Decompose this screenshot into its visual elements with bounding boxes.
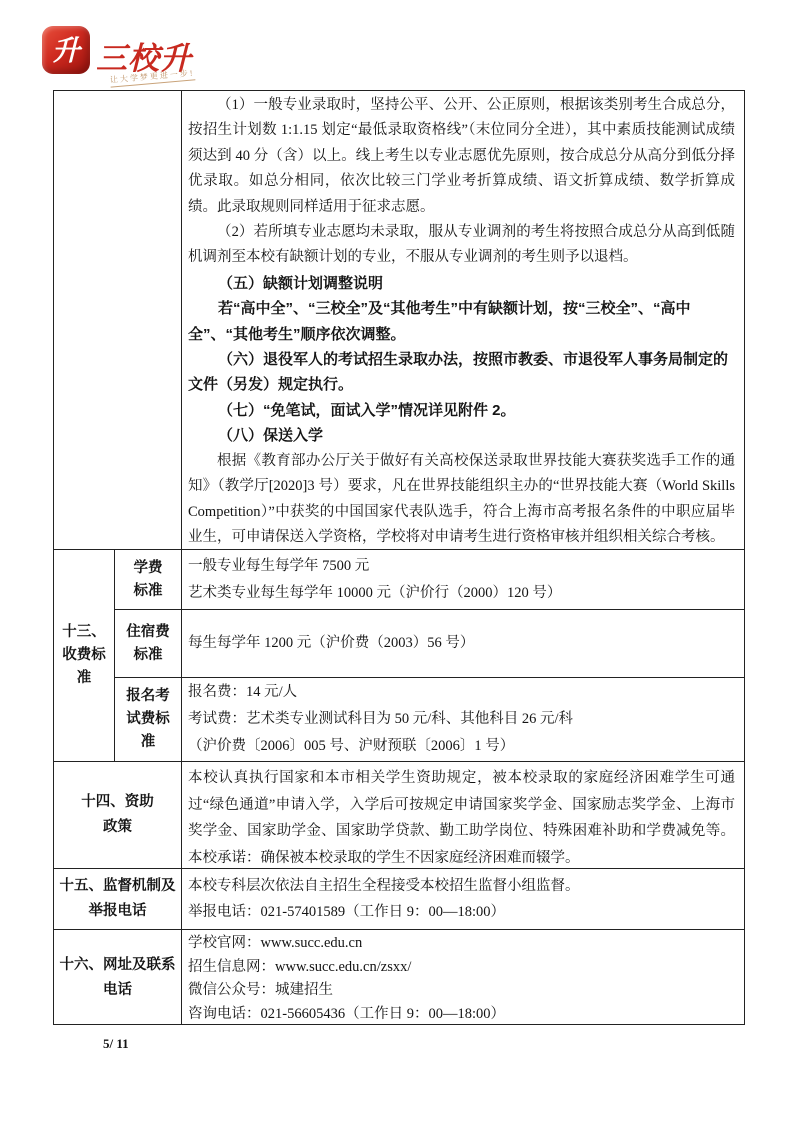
tuition-content: 一般专业每生每学年 7500 元 艺术类专业每生每学年 10000 元（沪价行（…	[181, 550, 744, 609]
fees-subrows: 学费 标准 一般专业每生每学年 7500 元 艺术类专业每生每学年 10000 …	[114, 550, 744, 761]
exam-fee-line-subjects: 考试费：艺术类专业测试科目为 50 元/科、其他科目 26 元/科	[188, 706, 736, 733]
contact-label-line: 十六、网址及联系	[60, 953, 176, 978]
subrow-dorm-fee: 住宿费 标准 每生每学年 1200 元（沪价费（2003）56 号）	[115, 609, 744, 677]
wechat-account-line: 微信公众号：城建招生	[188, 979, 735, 1003]
app-icon-glyph: 升	[52, 29, 80, 69]
paragraph-shortage-order: 若“高中全”、“三校全”及“其他考生”中有缺额计划，按“三校全”、“高中全”、“…	[188, 296, 735, 347]
supervision-line: 本校专科层次依法自主招生全程接受本校招生监督小组监督。	[188, 873, 735, 899]
dorm-label-line: 标准	[134, 644, 163, 667]
aid-label-line: 政策	[103, 815, 132, 840]
table-row-supervision: 十五、监督机制及 举报电话 本校专科层次依法自主招生全程接受本校招生监督小组监督…	[54, 868, 744, 929]
exam-fee-content: 报名费：14 元/人 考试费：艺术类专业测试科目为 50 元/科、其他科目 26…	[181, 678, 744, 761]
official-website-line: 学校官网：www.succ.edu.cn	[188, 932, 735, 956]
paragraph-interview-exempt: （七）“免笔试，面试入学”情况详见附件 2。	[188, 398, 735, 423]
paragraph-veterans: （六）退役军人的考试招生录取办法，按照市教委、市退役军人事务局制定的文件（另发）…	[188, 347, 735, 398]
paragraph-transfer-policy: （2）若所填专业志愿均未录取，服从专业调剂的考生将按照合成总分从高到低随机调剂至…	[188, 220, 735, 271]
brand-logo: 升 三校升 让大学梦更进一步!	[0, 0, 360, 100]
heading-shortage-plan: （五）缺额计划调整说明	[188, 271, 735, 296]
exam-label-line: 报名考	[126, 685, 170, 708]
admission-rules-content: （1）一般专业录取时，坚持公平、公开、公正原则，根据该类别考生合成总分，按招生计…	[181, 91, 744, 549]
fees-label-line: 准	[77, 667, 92, 690]
exam-fee-label: 报名考 试费标 准	[115, 678, 181, 761]
aid-content: 本校认真执行国家和本市相关学生资助规定，被本校录取的家庭经济困难学生可通过“绿色…	[181, 762, 744, 868]
dorm-label-line: 住宿费	[126, 621, 170, 644]
supervision-label-line: 十五、监督机制及	[60, 874, 176, 899]
page-number: 5/ 11	[103, 1036, 129, 1052]
tuition-line-general: 一般专业每生每学年 7500 元	[188, 553, 736, 580]
supervision-label-line: 举报电话	[89, 899, 147, 924]
subrow-exam-fee: 报名考 试费标 准 报名费：14 元/人 考试费：艺术类专业测试科目为 50 元…	[115, 677, 744, 761]
subrow-tuition: 学费 标准 一般专业每生每学年 7500 元 艺术类专业每生每学年 10000 …	[115, 550, 744, 609]
dorm-fee-line: 每生每学年 1200 元（沪价费（2003）56 号）	[188, 630, 736, 657]
table-row-fees: 十三、 收费标 准 学费 标准 一般专业每生每学年 7500 元 艺术类专业每生…	[54, 549, 744, 761]
paragraph-general-admission: （1）一般专业录取时，坚持公平、公开、公正原则，根据该类别考生合成总分，按招生计…	[188, 93, 735, 220]
dorm-fee-label: 住宿费 标准	[115, 610, 181, 677]
supervision-row-label: 十五、监督机制及 举报电话	[54, 869, 181, 929]
exam-fee-line-registration: 报名费：14 元/人	[188, 679, 736, 706]
contact-content: 学校官网：www.succ.edu.cn 招生信息网：www.succ.edu.…	[181, 930, 744, 1025]
report-phone-line: 举报电话：021-57401589（工作日 9：00—18:00）	[188, 899, 735, 925]
app-icon: 升	[42, 26, 90, 74]
fees-label-line: 收费标	[62, 644, 106, 667]
supervision-content: 本校专科层次依法自主招生全程接受本校招生监督小组监督。 举报电话：021-574…	[181, 869, 744, 929]
fees-row-label: 十三、 收费标 准	[54, 550, 114, 761]
aid-paragraph: 本校认真执行国家和本市相关学生资助规定，被本校录取的家庭经济困难学生可通过“绿色…	[188, 765, 735, 871]
table-row-financial-aid: 十四、资助 政策 本校认真执行国家和本市相关学生资助规定，被本校录取的家庭经济困…	[54, 761, 744, 868]
dorm-fee-content: 每生每学年 1200 元（沪价费（2003）56 号）	[181, 610, 744, 677]
inquiry-phone-line: 咨询电话：021-56605436（工作日 9：00—18:00）	[188, 1003, 735, 1027]
tuition-label: 学费 标准	[115, 550, 181, 609]
exam-label-line: 准	[141, 731, 156, 754]
aid-row-label: 十四、资助 政策	[54, 762, 181, 868]
admissions-info-table: （1）一般专业录取时，坚持公平、公开、公正原则，根据该类别考生合成总分，按招生计…	[53, 90, 745, 1025]
contact-label-line: 电话	[103, 978, 132, 1003]
admission-website-line: 招生信息网：www.succ.edu.cn/zsxx/	[188, 956, 735, 980]
exam-fee-line-reference: （沪价费〔2006〕005 号、沪财预联〔2006〕1 号）	[188, 733, 736, 760]
heading-recommended-admission: （八）保送入学	[188, 423, 735, 448]
admission-rules-label-cell	[54, 91, 181, 549]
tuition-line-art: 艺术类专业每生每学年 10000 元（沪价行（2000）120 号）	[188, 580, 736, 607]
fees-label-line: 十三、	[62, 621, 106, 644]
paragraph-world-skills: 根据《教育部办公厅关于做好有关高校保送录取世界技能大赛获奖选手工作的通知》（教学…	[188, 449, 735, 551]
aid-label-line: 十四、资助	[81, 790, 154, 815]
tuition-label-line: 学费	[134, 557, 163, 580]
table-row-contact: 十六、网址及联系 电话 学校官网：www.succ.edu.cn 招生信息网：w…	[54, 929, 744, 1025]
tuition-label-line: 标准	[134, 580, 163, 603]
exam-label-line: 试费标	[126, 708, 170, 731]
table-row-admission-rules: （1）一般专业录取时，坚持公平、公开、公正原则，根据该类别考生合成总分，按招生计…	[54, 91, 744, 549]
contact-row-label: 十六、网址及联系 电话	[54, 930, 181, 1025]
